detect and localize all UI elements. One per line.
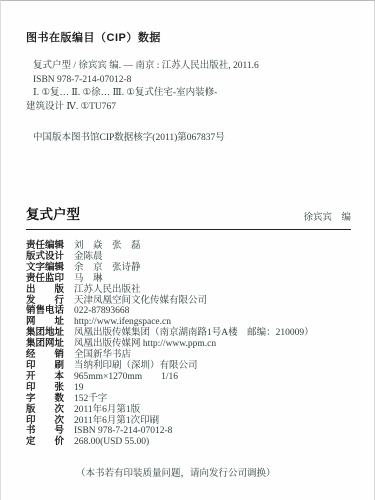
colophon-value: ISBN 978-7-214-07012-8 <box>74 426 172 436</box>
colophon-value: 凤凰出版传媒集团（南京湖南路1号A楼 邮编：210009） <box>74 328 314 338</box>
colophon-value: 全国新华书店 <box>74 350 131 360</box>
colophon-label: 出 版 <box>26 285 66 296</box>
colophon-value: 马 琳 <box>74 274 103 284</box>
colophon-value: 19 <box>74 383 84 393</box>
colophon-value: 江苏人民出版社 <box>74 285 141 295</box>
cip-block: 复式户型 / 徐宾宾 编. — 南京 : 江苏人民出版社, 2011.6 ISB… <box>26 60 351 114</box>
colophon-label: 定 价 <box>26 437 66 448</box>
colophon-value: 965mm×1270mm 1/16 <box>74 372 178 382</box>
cip-line: Ⅰ. ①复… Ⅱ. ①徐… Ⅲ. ①复式住宅-室内装修- <box>26 87 351 101</box>
colophon-row: 文字编辑余 京 张诗静 <box>26 263 351 274</box>
cip-line: 建筑设计 Ⅳ. ①TU767 <box>26 101 351 115</box>
colophon-row: 版 次2011年6月第1版 <box>26 405 351 416</box>
colophon-row: 经 销全国新华书店 <box>26 350 351 361</box>
colophon-value: 2011年6月第1次印刷 <box>74 416 159 426</box>
cip-registry: 中国版本图书馆CIP数据核字(2011)第067837号 <box>26 129 351 143</box>
colophon-value: 天津凤凰空间文化传媒有限公司 <box>74 296 207 306</box>
colophon-row: 印 刷当纳利印刷（深圳）有限公司 <box>26 361 351 372</box>
cip-header: 图书在版编目（CIP）数据 <box>26 29 351 45</box>
colophon-row: 书 号ISBN 978-7-214-07012-8 <box>26 426 351 437</box>
colophon-row: 销售电话022-87893668 <box>26 306 351 317</box>
book-author: 徐宾宾 编 <box>303 209 351 223</box>
title-rule <box>26 229 351 230</box>
colophon-value: 268.00(USD 55.00) <box>74 437 149 447</box>
colophon-value: 刘 焱 张 磊 <box>74 241 141 251</box>
title-row: 复式户型 徐宾宾 编 <box>26 203 351 223</box>
colophon-value: 2011年6月第1版 <box>74 405 140 415</box>
colophon-value: 152千字 <box>74 394 107 404</box>
colophon-row: 网 址http://www.ifengspace.cn <box>26 317 351 328</box>
colophon-row: 版式设计金陈晨 <box>26 252 351 263</box>
quality-note: （本书若有印装质量问题，请向发行公司调换） <box>76 465 351 479</box>
colophon-row: 印 次2011年6月第1次印刷 <box>26 416 351 427</box>
cip-line: 复式户型 / 徐宾宾 编. — 南京 : 江苏人民出版社, 2011.6 <box>26 60 351 74</box>
cip-line: ISBN 978-7-214-07012-8 <box>26 74 351 88</box>
colophon-row: 集团网址凤凰出版传媒网 http://www.ppm.cn <box>26 339 351 350</box>
colophon-page: 图书在版编目（CIP）数据 复式户型 / 徐宾宾 编. — 南京 : 江苏人民出… <box>0 0 375 500</box>
colophon-value: 当纳利印刷（深圳）有限公司 <box>74 361 198 371</box>
colophon-row: 出 版江苏人民出版社 <box>26 285 351 296</box>
colophon-list: 责任编辑刘 焱 张 磊 版式设计金陈晨 文字编辑余 京 张诗静 责任监印马 琳 … <box>26 241 351 448</box>
colophon-row: 开 本965mm×1270mm 1/16 <box>26 372 351 383</box>
colophon-label: 字 数 <box>26 394 66 405</box>
colophon-label: 版 次 <box>26 405 66 416</box>
colophon-value: http://www.ifengspace.cn <box>74 317 171 327</box>
colophon-value: 022-87893668 <box>74 306 129 316</box>
colophon-row: 印 张19 <box>26 383 351 394</box>
colophon-value: 余 京 张诗静 <box>74 263 141 273</box>
colophon-label: 责任监印 <box>26 274 66 285</box>
colophon-row: 集团地址凤凰出版传媒集团（南京湖南路1号A楼 邮编：210009） <box>26 328 351 339</box>
colophon-row: 定 价268.00(USD 55.00) <box>26 437 351 448</box>
book-title: 复式户型 <box>26 203 80 223</box>
colophon-value: 金陈晨 <box>74 252 103 262</box>
colophon-row: 责任监印马 琳 <box>26 274 351 285</box>
colophon-row: 责任编辑刘 焱 张 磊 <box>26 241 351 252</box>
colophon-row: 字 数152千字 <box>26 394 351 405</box>
colophon-row: 发 行天津凤凰空间文化传媒有限公司 <box>26 296 351 307</box>
colophon-value: 凤凰出版传媒网 http://www.ppm.cn <box>74 339 216 349</box>
